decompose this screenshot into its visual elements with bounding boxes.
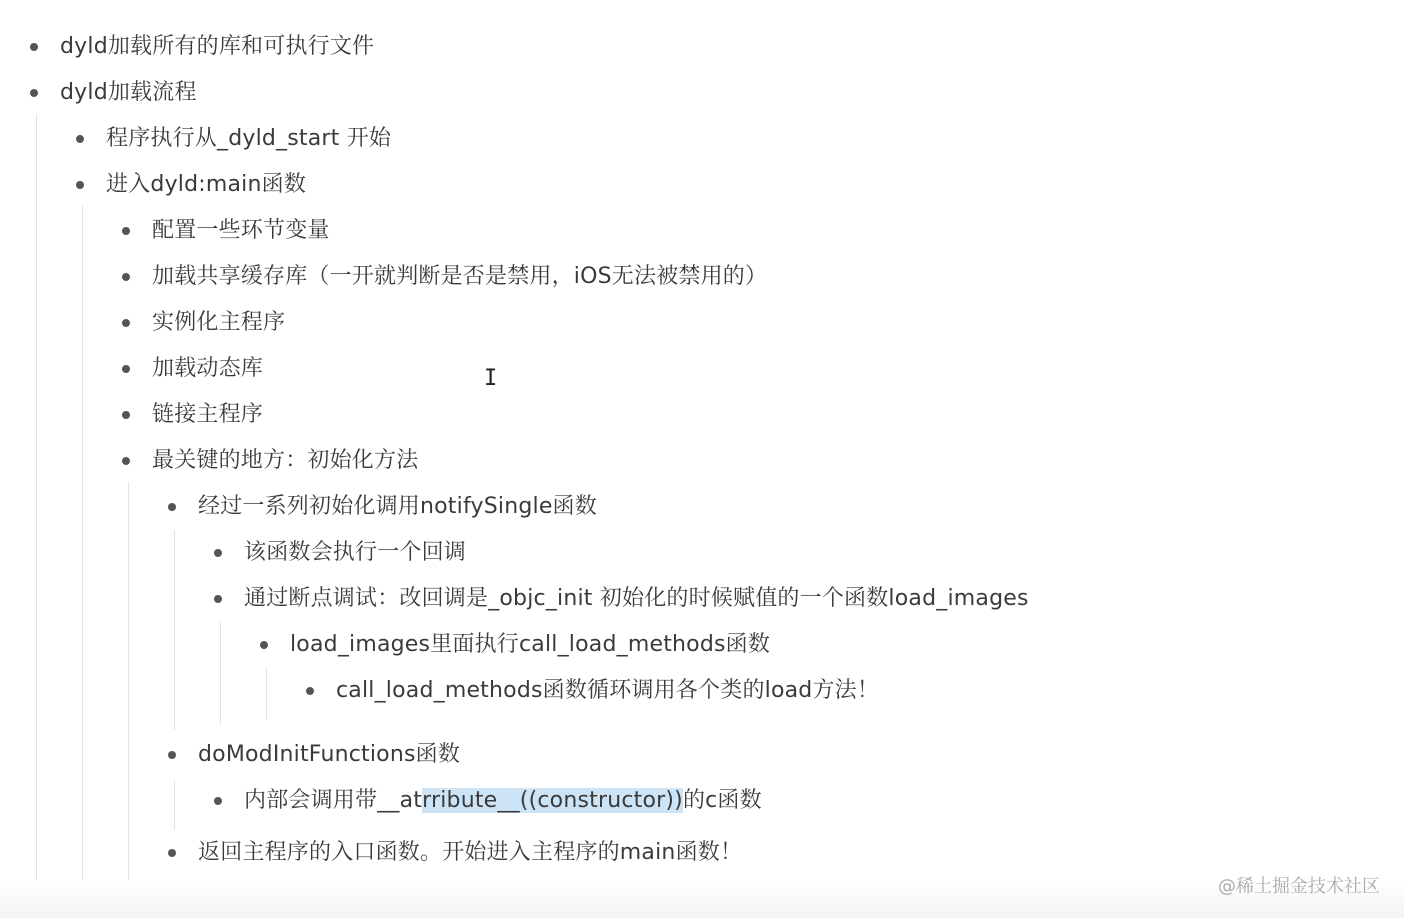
watermark: @稀土掘金技术社区 [1218,872,1380,898]
indent-guide-level-6 [266,668,267,720]
indent-guide-level-2 [82,206,83,886]
outline-item[interactable]: dyld加载所有的库和可执行文件 [30,32,374,62]
bullet-icon[interactable] [168,751,176,759]
bullet-icon[interactable] [122,319,130,327]
indent-guide-level-3 [128,482,129,884]
indent-guide-level-4 [174,530,175,730]
item-text-before: 内部会调用带__at [244,788,422,813]
bullet-icon[interactable] [168,849,176,857]
item-text: 进入dyld:main函数 [106,170,306,200]
item-text: 最关键的地方：初始化方法 [152,446,418,476]
bullet-icon[interactable] [214,595,222,603]
bullet-icon[interactable] [214,549,222,557]
item-text-after: 的c函数 [683,788,762,813]
indent-guide-level-4b [174,780,175,830]
item-text: 经过一系列初始化调用notifySingle函数 [198,492,597,522]
outline-item[interactable]: 实例化主程序 [122,308,285,338]
bullet-icon[interactable] [260,641,268,649]
outline-item[interactable]: 加载动态库 [122,354,263,384]
item-text: call_load_methods函数循环调用各个类的load方法！ [336,676,879,706]
outline-item[interactable]: 内部会调用带__atrribute__((constructor))的c函数 [214,786,762,816]
item-text: 程序执行从_dyld_start 开始 [106,124,391,154]
indent-guide-level-5 [220,622,221,724]
item-text: dyld加载流程 [60,78,197,108]
item-text: 返回主程序的入口函数。开始进入主程序的main函数！ [198,838,742,868]
outline-item[interactable]: 通过断点调试：改回调是_objc_init 初始化的时候赋值的一个函数load_… [214,584,1029,614]
outline-item[interactable]: 进入dyld:main函数 [76,170,306,200]
outline-item[interactable]: dyld加载流程 [30,78,197,108]
bullet-icon[interactable] [122,227,130,235]
outline-item[interactable]: 加载共享缓存库（一开就判断是否是禁用，iOS无法被禁用的） [122,262,767,292]
outline-item[interactable]: 程序执行从_dyld_start 开始 [76,124,391,154]
bullet-icon[interactable] [30,43,38,51]
item-text: 内部会调用带__atrribute__((constructor))的c函数 [244,786,762,816]
outline-item[interactable]: 最关键的地方：初始化方法 [122,446,418,476]
bullet-icon[interactable] [30,89,38,97]
item-text: dyld加载所有的库和可执行文件 [60,32,374,62]
bullet-icon[interactable] [306,687,314,695]
bullet-icon[interactable] [122,457,130,465]
bullet-icon[interactable] [168,503,176,511]
item-text: 配置一些环节变量 [152,216,330,246]
outline-item[interactable]: 链接主程序 [122,400,263,430]
bullet-icon[interactable] [76,181,84,189]
item-text: doModInitFunctions函数 [198,740,460,770]
indent-guide-level-1 [36,114,37,894]
outline-item[interactable]: 返回主程序的入口函数。开始进入主程序的main函数！ [168,838,742,868]
footer-fade [0,880,1404,918]
outline-item[interactable]: 经过一系列初始化调用notifySingle函数 [168,492,597,522]
item-text: 通过断点调试：改回调是_objc_init 初始化的时候赋值的一个函数load_… [244,584,1029,614]
outline-item[interactable]: 配置一些环节变量 [122,216,330,246]
bullet-icon[interactable] [76,135,84,143]
item-text: 该函数会执行一个回调 [244,538,466,568]
text-cursor-icon: I [484,366,498,392]
bullet-icon[interactable] [122,273,130,281]
outline-item[interactable]: load_images里面执行call_load_methods函数 [260,630,770,660]
item-text: 加载动态库 [152,354,263,384]
bullet-icon[interactable] [122,411,130,419]
item-text: 加载共享缓存库（一开就判断是否是禁用，iOS无法被禁用的） [152,262,767,292]
item-text: 链接主程序 [152,400,263,430]
bullet-icon[interactable] [122,365,130,373]
item-text: load_images里面执行call_load_methods函数 [290,630,770,660]
outline-item[interactable]: doModInitFunctions函数 [168,740,460,770]
outline-item[interactable]: 该函数会执行一个回调 [214,538,466,568]
selected-text[interactable]: rribute__((constructor)) [422,788,683,813]
item-text: 实例化主程序 [152,308,285,338]
outline-item[interactable]: call_load_methods函数循环调用各个类的load方法！ [306,676,879,706]
outline-document: dyld加载所有的库和可执行文件 dyld加载流程 程序执行从_dyld_sta… [0,0,1404,918]
bullet-icon[interactable] [214,797,222,805]
